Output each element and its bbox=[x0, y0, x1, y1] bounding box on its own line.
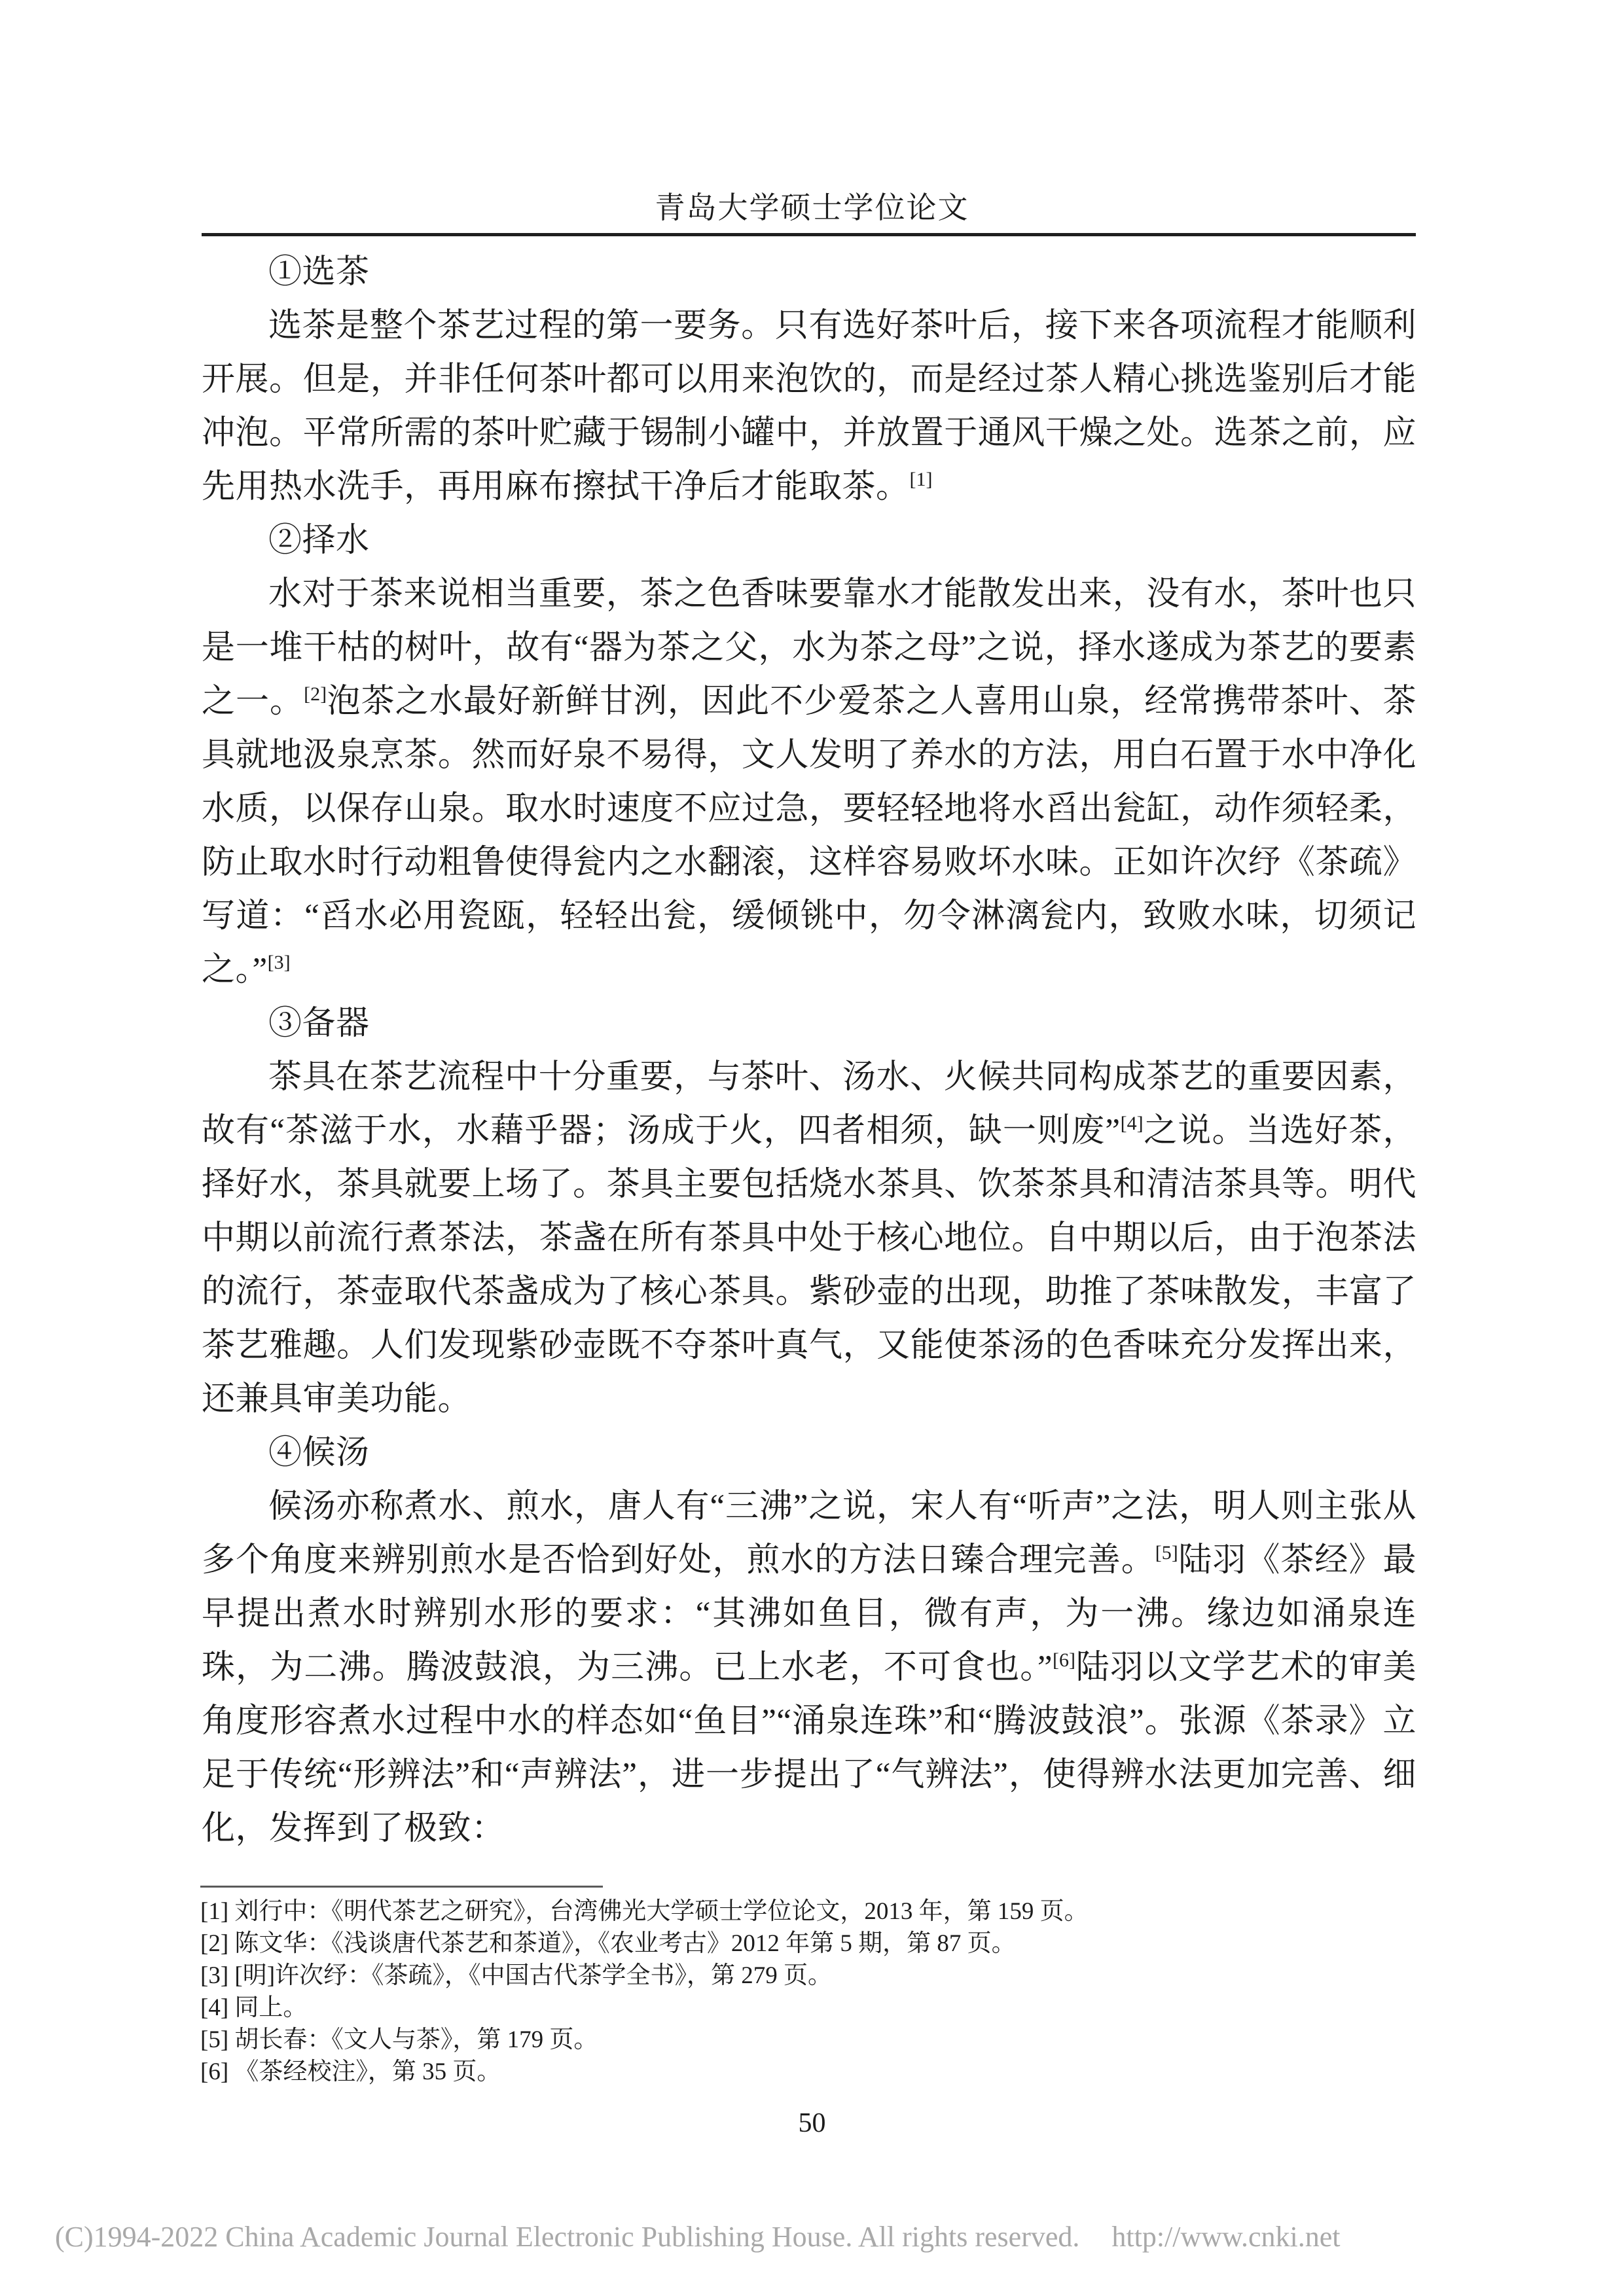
section-heading: ③备器 bbox=[202, 997, 1416, 1050]
section-heading: ④候汤 bbox=[202, 1426, 1416, 1480]
footnote-separator bbox=[200, 1886, 603, 1888]
body-content: ①选茶选茶是整个茶艺过程的第一要务。只有选好茶叶后，接下来各项流程才能顺利开展。… bbox=[202, 245, 1416, 1856]
section-heading: ②择水 bbox=[202, 514, 1416, 567]
footnote-item: [6] 《茶经校注》，第 35 页。 bbox=[200, 2056, 1431, 2088]
footnote-ref: [6] bbox=[1053, 1649, 1075, 1671]
cnki-url: http://www.cnki.net bbox=[1111, 2221, 1340, 2253]
body-paragraph: 水对于茶来说相当重要，茶之色香味要靠水才能散发出来，没有水，茶叶也只是一堆干枯的… bbox=[202, 567, 1416, 997]
thesis-page: 青岛大学硕士学位论文 ①选茶选茶是整个茶艺过程的第一要务。只有选好茶叶后，接下来… bbox=[0, 0, 1624, 2296]
footnote-ref: [3] bbox=[268, 952, 291, 973]
body-paragraph: 候汤亦称煮水、煎水，唐人有“三沸”之说，宋人有“听声”之法，明人则主张从多个角度… bbox=[202, 1480, 1416, 1856]
footnote-list: [1] 刘行中：《明代茶艺之研究》，台湾佛光大学硕士学位论文，2013 年，第 … bbox=[200, 1895, 1431, 2088]
page-title: 青岛大学硕士学位论文 bbox=[0, 0, 1624, 225]
footnote-item: [1] 刘行中：《明代茶艺之研究》，台湾佛光大学硕士学位论文，2013 年，第 … bbox=[200, 1895, 1431, 1928]
footnote-ref: [5] bbox=[1155, 1542, 1178, 1564]
footnote-item: [3] [明]许次纾：《茶疏》，《中国古代茶学全书》，第 279 页。 bbox=[200, 1960, 1431, 1992]
body-paragraph: 茶具在茶艺流程中十分重要，与茶叶、汤水、火候共同构成茶艺的重要因素，故有“茶滋于… bbox=[202, 1050, 1416, 1426]
copyright-notice: (C)1994-2022 China Academic Journal Elec… bbox=[55, 2220, 1340, 2253]
header-rule-divider bbox=[202, 233, 1416, 236]
copyright-text: (C)1994-2022 China Academic Journal Elec… bbox=[55, 2221, 1079, 2253]
footnote-ref: [1] bbox=[910, 469, 933, 490]
body-paragraph: 选茶是整个茶艺过程的第一要务。只有选好茶叶后，接下来各项流程才能顺利开展。但是，… bbox=[202, 299, 1416, 514]
footnote-item: [5] 胡长春：《文人与茶》，第 179 页。 bbox=[200, 2024, 1431, 2056]
footnote-ref: [2] bbox=[304, 683, 327, 705]
footnote-item: [4] 同上。 bbox=[200, 1992, 1431, 2024]
section-heading: ①选茶 bbox=[202, 245, 1416, 299]
footnote-item: [2] 陈文华：《浅谈唐代茶艺和茶道》，《农业考古》2012 年第 5 期，第 … bbox=[200, 1928, 1431, 1960]
footnote-ref: [4] bbox=[1121, 1113, 1144, 1134]
page-number: 50 bbox=[0, 2108, 1624, 2139]
